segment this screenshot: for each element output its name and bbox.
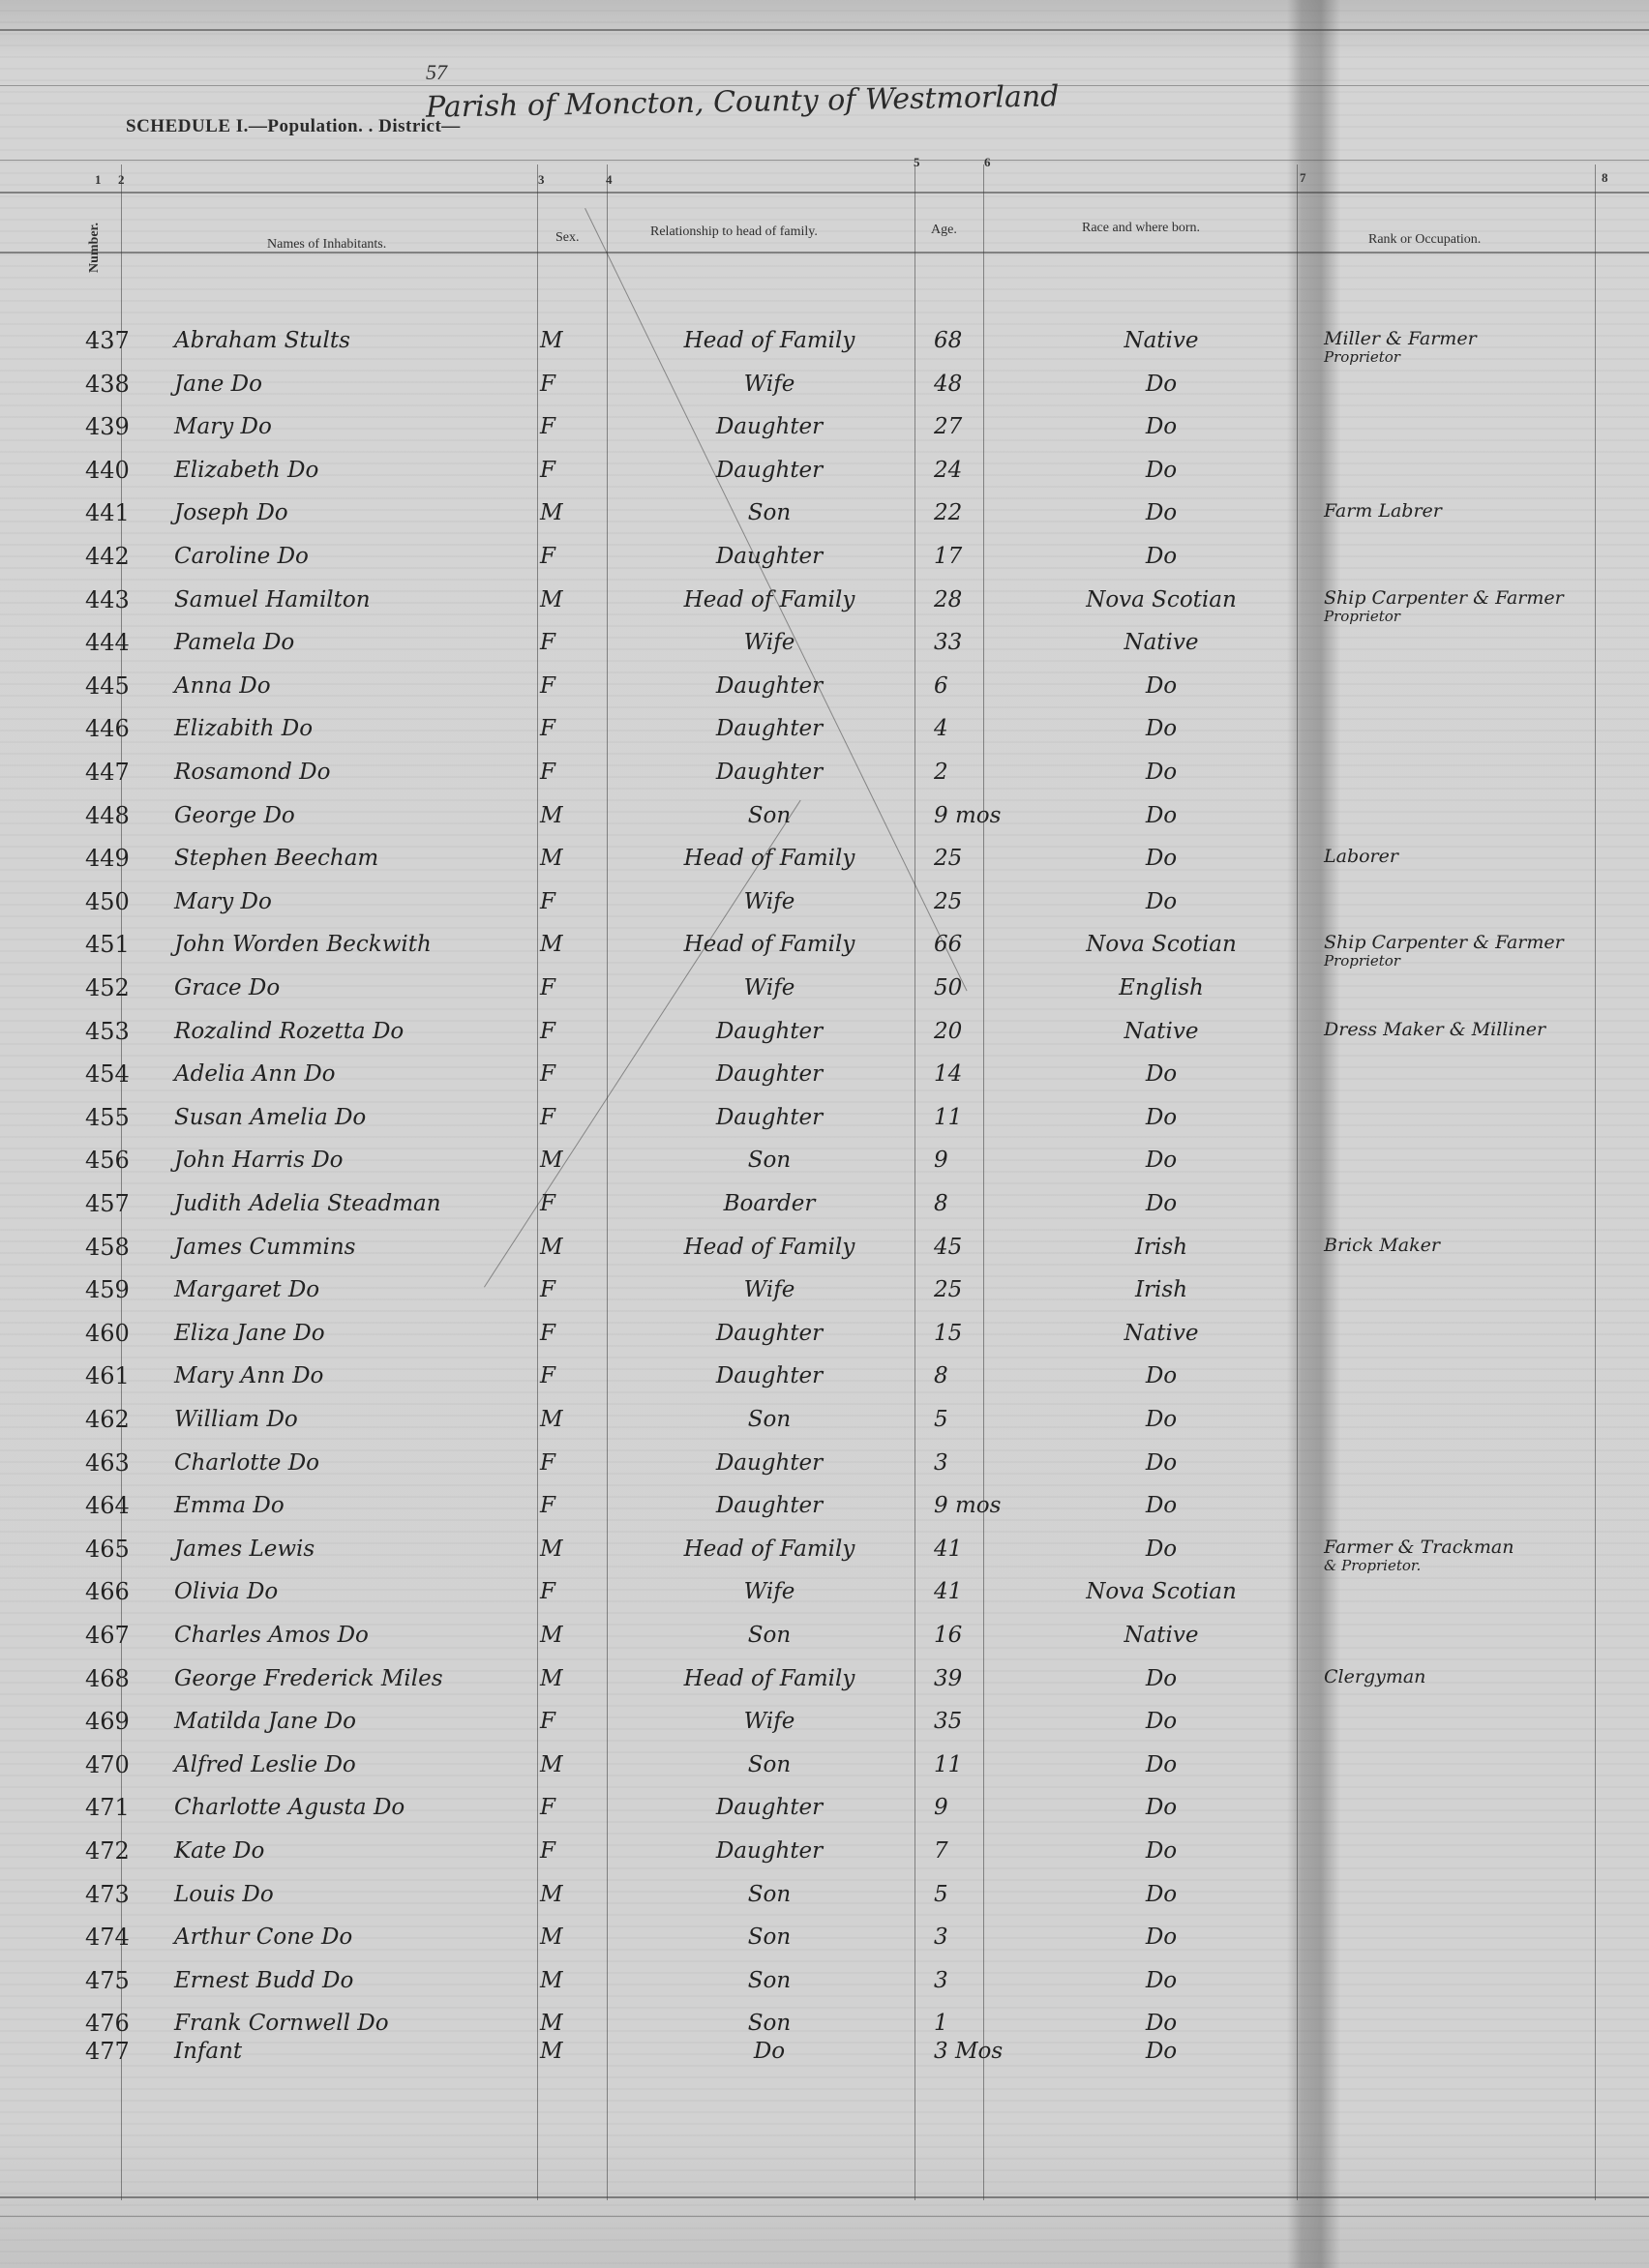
sex: F: [540, 1058, 598, 1090]
table-row: 444 Pamela Do F Wife 33 Native: [0, 626, 1649, 659]
inhabitant-name: Matilda Jane Do: [174, 1705, 356, 1738]
table-row: 458 James Cummins M Head of Family 45 Ir…: [0, 1231, 1649, 1264]
sex: M: [540, 1662, 598, 1695]
table-row: 464 Emma Do F Daughter 9 mos Do: [0, 1489, 1649, 1522]
inhabitant-name: Pamela Do: [174, 626, 294, 659]
age: 5: [934, 1403, 1011, 1436]
table-row: 463 Charlotte Do F Daughter 3 Do: [0, 1447, 1649, 1479]
age: 9 mos: [934, 799, 1011, 832]
divider: [0, 2196, 1649, 2198]
column-number: 1: [95, 172, 102, 188]
race-birthplace: Do: [1045, 1878, 1277, 1911]
age: 35: [934, 1705, 1011, 1738]
sex: M: [540, 1144, 598, 1177]
race-birthplace: Do: [1045, 1058, 1277, 1090]
divider: [0, 160, 1649, 161]
age: 66: [934, 928, 1011, 961]
sex: M: [540, 1403, 598, 1436]
table-row: 460 Eliza Jane Do F Daughter 15 Native: [0, 1317, 1649, 1350]
table-row: 450 Mary Do F Wife 25 Do: [0, 885, 1649, 918]
inhabitant-name: William Do: [174, 1403, 298, 1436]
age: 28: [934, 583, 1011, 616]
entry-number: 437: [85, 324, 172, 357]
entry-number: 468: [85, 1662, 172, 1695]
sex: F: [540, 1273, 598, 1306]
entry-number: 445: [85, 670, 172, 702]
header-relationship: Relationship to head of family.: [650, 224, 818, 240]
entry-number: 457: [85, 1187, 172, 1220]
relationship: Daughter: [619, 1359, 919, 1392]
census-page: SCHEDULE I.—Population. . District— Pari…: [0, 0, 1649, 2268]
inhabitant-name: Stephen Beecham: [174, 842, 378, 875]
relationship: Son: [619, 1964, 919, 1997]
inhabitant-name: Charlotte Do: [174, 1447, 319, 1479]
table-row: 472 Kate Do F Daughter 7 Do: [0, 1835, 1649, 1867]
sex: M: [540, 324, 598, 357]
inhabitant-name: Charlotte Agusta Do: [174, 1791, 405, 1824]
sex: M: [540, 1533, 598, 1566]
inhabitant-name: James Cummins: [174, 1231, 355, 1264]
sex: M: [540, 2035, 598, 2068]
race-birthplace: Do: [1045, 454, 1277, 487]
age: 15: [934, 1317, 1011, 1350]
column-number: 5: [914, 155, 920, 170]
entry-number: 466: [85, 1575, 172, 1608]
race-birthplace: Do: [1045, 1705, 1277, 1738]
sex: F: [540, 1447, 598, 1479]
relationship: Son: [619, 496, 919, 529]
inhabitant-name: Anna Do: [174, 670, 271, 702]
sex: F: [540, 712, 598, 745]
relationship: Head of Family: [619, 583, 919, 616]
entry-number: 441: [85, 496, 172, 529]
race-birthplace: Do: [1045, 1447, 1277, 1479]
entry-number: 442: [85, 540, 172, 573]
table-row: 445 Anna Do F Daughter 6 Do: [0, 670, 1649, 702]
column-number: 7: [1300, 170, 1306, 186]
entry-number: 456: [85, 1144, 172, 1177]
entry-number: 454: [85, 1058, 172, 1090]
sex: F: [540, 1835, 598, 1867]
age: 3: [934, 1964, 1011, 1997]
relationship: Daughter: [619, 756, 919, 789]
relationship: Head of Family: [619, 1662, 919, 1695]
age: 41: [934, 1533, 1011, 1566]
inhabitant-name: George Frederick Miles: [174, 1662, 443, 1695]
occupation: Miller & Farmer Proprietor: [1324, 328, 1477, 365]
inhabitant-name: Charles Amos Do: [174, 1619, 369, 1652]
entry-number: 465: [85, 1533, 172, 1566]
race-birthplace: Do: [1045, 1144, 1277, 1177]
inhabitant-name: Jane Do: [174, 368, 262, 401]
sex: F: [540, 885, 598, 918]
occupation-note: Proprietor: [1324, 349, 1477, 365]
inhabitant-name: Adelia Ann Do: [174, 1058, 336, 1090]
race-birthplace: Irish: [1045, 1273, 1277, 1306]
entry-number: 467: [85, 1619, 172, 1652]
race-birthplace: Do: [1045, 1533, 1277, 1566]
race-birthplace: Do: [1045, 1964, 1277, 1997]
table-row: 447 Rosamond Do F Daughter 2 Do: [0, 756, 1649, 789]
occupation-note: Proprietor: [1324, 953, 1564, 969]
age: 9 mos: [934, 1489, 1011, 1522]
occupation-main: Laborer: [1324, 846, 1398, 867]
table-row: 449 Stephen Beecham M Head of Family 25 …: [0, 842, 1649, 875]
entry-number: 458: [85, 1231, 172, 1264]
age: 3 Mos: [934, 2035, 1011, 2068]
sex: F: [540, 670, 598, 702]
entry-number: 459: [85, 1273, 172, 1306]
table-row: 438 Jane Do F Wife 48 Do: [0, 368, 1649, 401]
inhabitant-name: Mary Do: [174, 885, 272, 918]
race-birthplace: Nova Scotian: [1045, 1575, 1277, 1608]
column-number: 6: [984, 155, 991, 170]
inhabitant-name: Infant: [174, 2035, 242, 2068]
divider: [0, 2216, 1649, 2217]
entry-number: 473: [85, 1878, 172, 1911]
age: 6: [934, 670, 1011, 702]
race-birthplace: Native: [1045, 324, 1277, 357]
divider: [0, 29, 1649, 31]
age: 7: [934, 1835, 1011, 1867]
relationship: Son: [619, 1403, 919, 1436]
occupation: Laborer: [1324, 846, 1398, 867]
header-names: Names of Inhabitants.: [267, 237, 386, 253]
page-mark: 57: [426, 60, 447, 85]
inhabitant-name: Caroline Do: [174, 540, 309, 573]
table-row: 439 Mary Do F Daughter 27 Do: [0, 410, 1649, 443]
sex: M: [540, 1619, 598, 1652]
relationship: Son: [619, 1878, 919, 1911]
sex: F: [540, 540, 598, 573]
relationship: Daughter: [619, 1489, 919, 1522]
relationship: Daughter: [619, 1101, 919, 1134]
race-birthplace: Nova Scotian: [1045, 928, 1277, 961]
sex: M: [540, 1964, 598, 1997]
age: 4: [934, 712, 1011, 745]
race-birthplace: English: [1045, 971, 1277, 1004]
age: 25: [934, 842, 1011, 875]
inhabitant-name: Elizabith Do: [174, 712, 313, 745]
inhabitant-name: Ernest Budd Do: [174, 1964, 353, 1997]
relationship: Daughter: [619, 540, 919, 573]
race-birthplace: Do: [1045, 1489, 1277, 1522]
entry-number: 443: [85, 583, 172, 616]
entry-number: 449: [85, 842, 172, 875]
inhabitant-name: Eliza Jane Do: [174, 1317, 325, 1350]
divider: [0, 252, 1649, 254]
occupation: Ship Carpenter & Farmer Proprietor: [1324, 587, 1564, 624]
age: 9: [934, 1791, 1011, 1824]
age: 25: [934, 1273, 1011, 1306]
entry-number: 452: [85, 971, 172, 1004]
sex: F: [540, 410, 598, 443]
occupation-main: Ship Carpenter & Farmer: [1324, 932, 1564, 953]
race-birthplace: Do: [1045, 1101, 1277, 1134]
sex: M: [540, 1231, 598, 1264]
table-row: 448 George Do M Son 9 mos Do: [0, 799, 1649, 832]
sex: M: [540, 1921, 598, 1954]
sex: M: [540, 1878, 598, 1911]
relationship: Son: [619, 1144, 919, 1177]
header-number: Number.: [87, 223, 103, 273]
relationship: Wife: [619, 1273, 919, 1306]
relationship: Boarder: [619, 1187, 919, 1220]
table-row: 471 Charlotte Agusta Do F Daughter 9 Do: [0, 1791, 1649, 1824]
inhabitant-name: George Do: [174, 799, 295, 832]
entry-number: 462: [85, 1403, 172, 1436]
relationship: Daughter: [619, 1447, 919, 1479]
table-row: 467 Charles Amos Do M Son 16 Native: [0, 1619, 1649, 1652]
occupation-main: Ship Carpenter & Farmer: [1324, 587, 1564, 609]
inhabitant-name: Samuel Hamilton: [174, 583, 371, 616]
relationship: Daughter: [619, 1317, 919, 1350]
sex: F: [540, 1015, 598, 1048]
inhabitant-name: Kate Do: [174, 1835, 264, 1867]
age: 8: [934, 1187, 1011, 1220]
column-number: 3: [538, 172, 545, 188]
race-birthplace: Do: [1045, 670, 1277, 702]
header-occupation: Rank or Occupation.: [1368, 232, 1481, 248]
age: 11: [934, 1101, 1011, 1134]
table-row: 442 Caroline Do F Daughter 17 Do: [0, 540, 1649, 573]
table-row: 455 Susan Amelia Do F Daughter 11 Do: [0, 1101, 1649, 1134]
relationship: Son: [619, 1921, 919, 1954]
sex: M: [540, 928, 598, 961]
entry-number: 477: [85, 2035, 172, 2068]
table-row: 451 John Worden Beckwith M Head of Famil…: [0, 928, 1649, 961]
table-row: 466 Olivia Do F Wife 41 Nova Scotian: [0, 1575, 1649, 1608]
race-birthplace: Do: [1045, 756, 1277, 789]
column-number: 2: [118, 172, 125, 188]
inhabitant-name: Abraham Stults: [174, 324, 350, 357]
table-row: 457 Judith Adelia Steadman F Boarder 8 D…: [0, 1187, 1649, 1220]
inhabitant-name: Emma Do: [174, 1489, 285, 1522]
entry-number: 439: [85, 410, 172, 443]
sex: F: [540, 1359, 598, 1392]
inhabitant-name: Susan Amelia Do: [174, 1101, 366, 1134]
table-row: 477 Infant M Do 3 Mos Do: [0, 2035, 1649, 2068]
relationship: Head of Family: [619, 928, 919, 961]
inhabitant-name: John Worden Beckwith: [174, 928, 432, 961]
table-row: 441 Joseph Do M Son 22 Do Farm Labrer: [0, 496, 1649, 529]
occupation: Brick Maker: [1324, 1235, 1440, 1256]
sex: M: [540, 496, 598, 529]
race-birthplace: Native: [1045, 1317, 1277, 1350]
age: 8: [934, 1359, 1011, 1392]
occupation-main: Miller & Farmer: [1324, 328, 1477, 349]
entry-number: 461: [85, 1359, 172, 1392]
occupation: Clergyman: [1324, 1666, 1425, 1687]
inhabitant-name: Margaret Do: [174, 1273, 319, 1306]
table-row: 446 Elizabith Do F Daughter 4 Do: [0, 712, 1649, 745]
entry-number: 472: [85, 1835, 172, 1867]
relationship: Daughter: [619, 670, 919, 702]
sex: F: [540, 971, 598, 1004]
inhabitant-name: James Lewis: [174, 1533, 315, 1566]
occupation: Dress Maker & Milliner: [1324, 1019, 1545, 1040]
race-birthplace: Do: [1045, 799, 1277, 832]
relationship: Wife: [619, 885, 919, 918]
age: 68: [934, 324, 1011, 357]
entry-number: 444: [85, 626, 172, 659]
race-birthplace: Native: [1045, 1619, 1277, 1652]
age: 2: [934, 756, 1011, 789]
inhabitant-name: Rosamond Do: [174, 756, 330, 789]
occupation-main: Farmer & Trackman: [1324, 1537, 1514, 1558]
race-birthplace: Do: [1045, 540, 1277, 573]
relationship: Son: [619, 1619, 919, 1652]
sex: F: [540, 756, 598, 789]
age: 20: [934, 1015, 1011, 1048]
table-row: 465 James Lewis M Head of Family 41 Do F…: [0, 1533, 1649, 1566]
table-row: 473 Louis Do M Son 5 Do: [0, 1878, 1649, 1911]
race-birthplace: Native: [1045, 1015, 1277, 1048]
race-birthplace: Do: [1045, 1662, 1277, 1695]
sex: M: [540, 799, 598, 832]
age: 50: [934, 971, 1011, 1004]
occupation-note: & Proprietor.: [1324, 1558, 1514, 1573]
relationship: Head of Family: [619, 842, 919, 875]
divider: [0, 192, 1649, 194]
entry-number: 460: [85, 1317, 172, 1350]
occupation-note: Proprietor: [1324, 609, 1564, 624]
age: 17: [934, 540, 1011, 573]
age: 24: [934, 454, 1011, 487]
age: 45: [934, 1231, 1011, 1264]
race-birthplace: Do: [1045, 368, 1277, 401]
table-row: 452 Grace Do F Wife 50 English: [0, 971, 1649, 1004]
inhabitant-name: Louis Do: [174, 1878, 274, 1911]
sex: F: [540, 1187, 598, 1220]
table-row: 468 George Frederick Miles M Head of Fam…: [0, 1662, 1649, 1695]
relationship: Head of Family: [619, 324, 919, 357]
race-birthplace: Do: [1045, 2035, 1277, 2068]
entry-number: 440: [85, 454, 172, 487]
entry-number: 448: [85, 799, 172, 832]
relationship: Daughter: [619, 454, 919, 487]
table-row: 462 William Do M Son 5 Do: [0, 1403, 1649, 1436]
entry-number: 451: [85, 928, 172, 961]
inhabitant-name: Mary Do: [174, 410, 272, 443]
relationship: Wife: [619, 626, 919, 659]
sex: F: [540, 1317, 598, 1350]
inhabitant-name: Alfred Leslie Do: [174, 1748, 356, 1781]
relationship: Son: [619, 799, 919, 832]
age: 3: [934, 1921, 1011, 1954]
race-birthplace: Do: [1045, 1187, 1277, 1220]
age: 3: [934, 1447, 1011, 1479]
occupation: Ship Carpenter & Farmer Proprietor: [1324, 932, 1564, 969]
table-row: 469 Matilda Jane Do F Wife 35 Do: [0, 1705, 1649, 1738]
inhabitant-name: Grace Do: [174, 971, 280, 1004]
table-row: 470 Alfred Leslie Do M Son 11 Do: [0, 1748, 1649, 1781]
inhabitant-name: Joseph Do: [174, 496, 288, 529]
district-name: Parish of Moncton, County of Westmorland: [426, 79, 1060, 124]
relationship: Do: [619, 2035, 919, 2068]
sex: F: [540, 1101, 598, 1134]
entry-number: 453: [85, 1015, 172, 1048]
age: 9: [934, 1144, 1011, 1177]
header-age: Age.: [931, 223, 957, 238]
sex: F: [540, 368, 598, 401]
age: 25: [934, 885, 1011, 918]
occupation: Farm Labrer: [1324, 500, 1442, 522]
occupation-main: Clergyman: [1324, 1666, 1425, 1687]
occupation-main: Farm Labrer: [1324, 500, 1442, 522]
inhabitant-name: John Harris Do: [174, 1144, 344, 1177]
occupation: Farmer & Trackman & Proprietor.: [1324, 1537, 1514, 1573]
relationship: Wife: [619, 971, 919, 1004]
age: 39: [934, 1662, 1011, 1695]
inhabitant-name: Rozalind Rozetta Do: [174, 1015, 404, 1048]
sex: F: [540, 1575, 598, 1608]
table-row: 475 Ernest Budd Do M Son 3 Do: [0, 1964, 1649, 1997]
entry-number: 471: [85, 1791, 172, 1824]
race-birthplace: Do: [1045, 1403, 1277, 1436]
sex: F: [540, 626, 598, 659]
schedule-title: SCHEDULE I.—Population. . District—: [126, 116, 461, 137]
table-row: 443 Samuel Hamilton M Head of Family 28 …: [0, 583, 1649, 616]
race-birthplace: Do: [1045, 712, 1277, 745]
entry-number: 463: [85, 1447, 172, 1479]
relationship: Wife: [619, 1575, 919, 1608]
entry-number: 447: [85, 756, 172, 789]
race-birthplace: Do: [1045, 1835, 1277, 1867]
sex: M: [540, 842, 598, 875]
age: 41: [934, 1575, 1011, 1608]
table-row: 474 Arthur Cone Do M Son 3 Do: [0, 1921, 1649, 1954]
age: 11: [934, 1748, 1011, 1781]
table-row: 459 Margaret Do F Wife 25 Irish: [0, 1273, 1649, 1306]
relationship: Daughter: [619, 410, 919, 443]
entry-number: 450: [85, 885, 172, 918]
race-birthplace: Do: [1045, 1921, 1277, 1954]
race-birthplace: Do: [1045, 1791, 1277, 1824]
race-birthplace: Do: [1045, 1359, 1277, 1392]
table-row: 453 Rozalind Rozetta Do F Daughter 20 Na…: [0, 1015, 1649, 1048]
table-row: 454 Adelia Ann Do F Daughter 14 Do: [0, 1058, 1649, 1090]
age: 33: [934, 626, 1011, 659]
race-birthplace: Do: [1045, 885, 1277, 918]
occupation-main: Dress Maker & Milliner: [1324, 1019, 1545, 1040]
relationship: Daughter: [619, 1058, 919, 1090]
header-race-birthplace: Race and where born.: [1082, 221, 1200, 236]
column-number: 4: [606, 172, 613, 188]
race-birthplace: Do: [1045, 1748, 1277, 1781]
race-birthplace: Do: [1045, 410, 1277, 443]
sex: M: [540, 583, 598, 616]
table-row: 456 John Harris Do M Son 9 Do: [0, 1144, 1649, 1177]
entry-number: 469: [85, 1705, 172, 1738]
entry-number: 464: [85, 1489, 172, 1522]
relationship: Daughter: [619, 1835, 919, 1867]
race-birthplace: Irish: [1045, 1231, 1277, 1264]
inhabitant-name: Arthur Cone Do: [174, 1921, 352, 1954]
entry-number: 474: [85, 1921, 172, 1954]
inhabitant-name: Judith Adelia Steadman: [174, 1187, 441, 1220]
relationship: Daughter: [619, 712, 919, 745]
entry-number: 438: [85, 368, 172, 401]
relationship: Daughter: [619, 1015, 919, 1048]
sex: F: [540, 454, 598, 487]
entry-number: 470: [85, 1748, 172, 1781]
age: 5: [934, 1878, 1011, 1911]
sex: F: [540, 1489, 598, 1522]
column-number: 8: [1602, 170, 1608, 186]
race-birthplace: Do: [1045, 842, 1277, 875]
age: 48: [934, 368, 1011, 401]
